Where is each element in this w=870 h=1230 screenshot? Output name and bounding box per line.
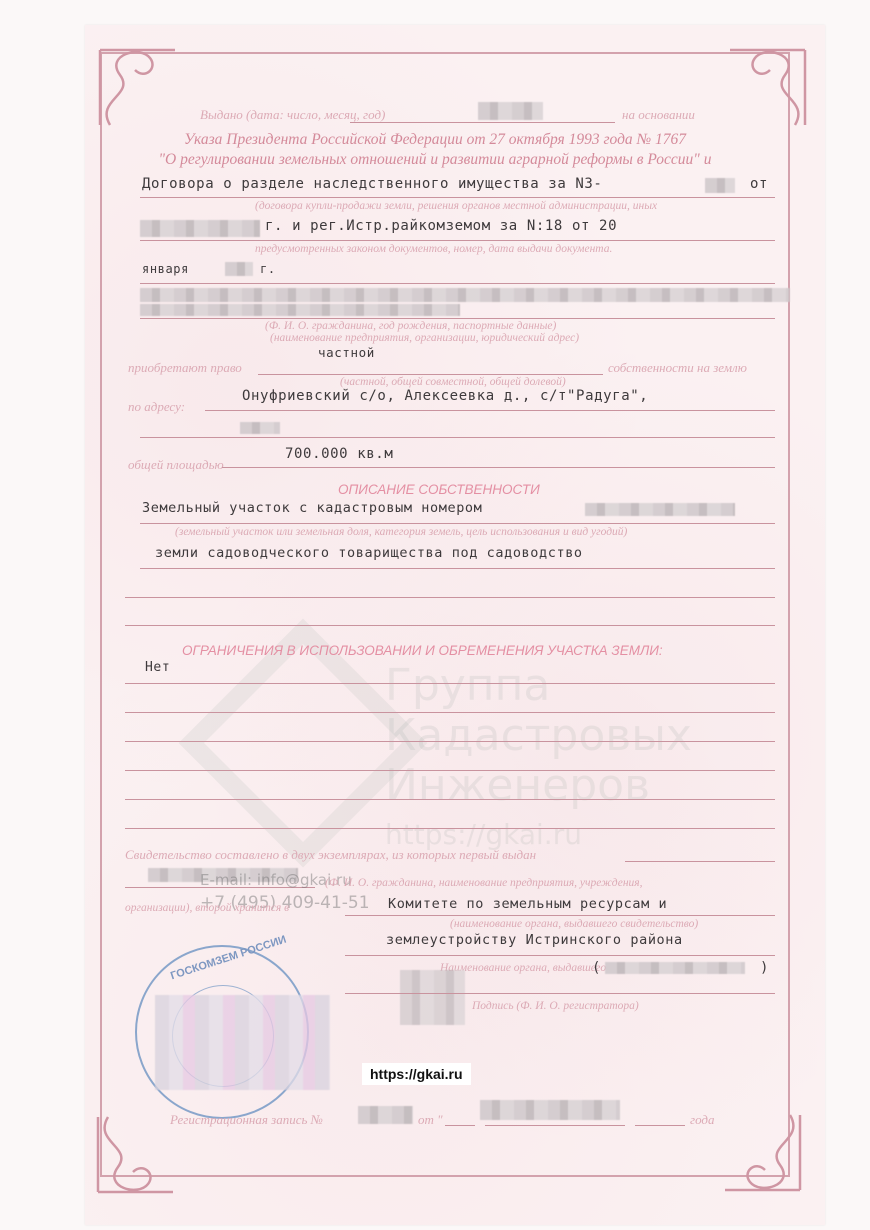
redacted-plot-number bbox=[240, 422, 280, 434]
corner-ornament-icon bbox=[88, 1112, 178, 1202]
hint-signature: Подпись (Ф. И. О. регистратора) bbox=[472, 1000, 639, 1012]
basis-label: на основании bbox=[622, 107, 695, 123]
watermark-line3: Инженеров bbox=[385, 760, 650, 811]
corner-ornament-icon bbox=[720, 1110, 810, 1200]
copies-label: Свидетельство составлено в двух экземпля… bbox=[125, 847, 536, 863]
typed-contract: Договора о разделе наследственного имуще… bbox=[142, 176, 602, 192]
typed-restrictions: Нет bbox=[145, 660, 170, 675]
redacted-stamp-area bbox=[155, 995, 330, 1090]
hint-person: (Ф. И. О. гражданина, год рождения, пасп… bbox=[265, 320, 556, 332]
address-label: по адресу: bbox=[128, 399, 185, 415]
typed-address: Онуфриевский с/о, Алексеевка д., с/т"Рад… bbox=[242, 388, 648, 404]
typed-committee2: землеустройству Истринского района bbox=[386, 932, 683, 948]
redacted-registry-number bbox=[358, 1106, 413, 1124]
hint-recipient: (Ф. И. О. гражданина, наименование предп… bbox=[325, 877, 643, 889]
redacted-owner-details bbox=[140, 304, 460, 316]
area-label: общей площадью bbox=[128, 457, 224, 473]
hint-ownership: (частной, общей совместной, общей долево… bbox=[340, 376, 566, 388]
typed-committee1: Комитете по земельным ресурсам и bbox=[388, 896, 667, 912]
typed-area: 700.000 кв.м bbox=[285, 446, 393, 462]
restrictions-heading: ОГРАНИЧЕНИЯ В ИСПОЛЬЗОВАНИИ И ОБРЕМЕНЕНИ… bbox=[182, 643, 663, 658]
redacted-owner-name bbox=[140, 288, 790, 302]
typed-january: января bbox=[142, 262, 189, 276]
registry-year: года bbox=[690, 1112, 714, 1128]
typed-ownership: частной bbox=[318, 345, 375, 360]
watermark-line1: Группа bbox=[385, 660, 550, 711]
issued-label: Выдано (дата: число, месяц, год) bbox=[200, 107, 385, 123]
redacted-contract-number bbox=[705, 178, 735, 193]
redacted-year bbox=[225, 262, 253, 276]
hint-org: (наименование предприятия, организации, … bbox=[270, 332, 579, 344]
hint-plot: (земельный участок или земельная доля, к… bbox=[175, 526, 627, 538]
redacted-date bbox=[478, 102, 543, 120]
registry-label: Регистрационная запись № bbox=[170, 1112, 323, 1128]
acquire-label: приобретают право bbox=[128, 360, 242, 376]
paren-close: ) bbox=[760, 960, 769, 976]
typed-year-suffix: г. bbox=[260, 262, 276, 276]
redacted-registrar-name bbox=[605, 962, 745, 974]
redacted-cadastral-number bbox=[585, 503, 735, 516]
site-link[interactable]: https://gkai.ru bbox=[362, 1063, 471, 1085]
ownership-suffix: собственности на землю bbox=[608, 360, 747, 376]
decree-line2: "О регулировании земельных отношений и р… bbox=[0, 151, 870, 169]
redacted-signature bbox=[400, 970, 465, 1025]
typed-purpose: земли садоводческого товарищества под са… bbox=[155, 545, 583, 561]
property-heading: ОПИСАНИЕ СОБСТВЕННОСТИ bbox=[338, 482, 540, 497]
hint-organ: (наименование органа, выдавшего свидетел… bbox=[450, 918, 698, 930]
redacted-date-2 bbox=[140, 220, 260, 237]
corner-ornament-icon bbox=[725, 40, 815, 130]
watermark-line2: Кадастровых bbox=[385, 710, 692, 761]
registry-from: от " bbox=[418, 1112, 443, 1128]
typed-contract-ot: от bbox=[750, 176, 768, 192]
typed-reg: г. и рег.Истр.райкомземом за N:18 от 20 bbox=[265, 218, 617, 234]
redacted-registry-date bbox=[480, 1100, 620, 1120]
hint-second: организации), второй хранится в bbox=[125, 902, 289, 914]
hint-docs: предусмотренных законом документов, номе… bbox=[255, 243, 612, 255]
paren-open: ( bbox=[592, 960, 601, 976]
decree-line1: Указа Президента Российской Федерации от… bbox=[0, 131, 870, 149]
corner-ornament-icon bbox=[90, 40, 180, 130]
typed-plot: Земельный участок с кадастровым номером bbox=[142, 500, 482, 516]
hint-contract: (договора купли-продажи земли, решения о… bbox=[255, 200, 657, 212]
